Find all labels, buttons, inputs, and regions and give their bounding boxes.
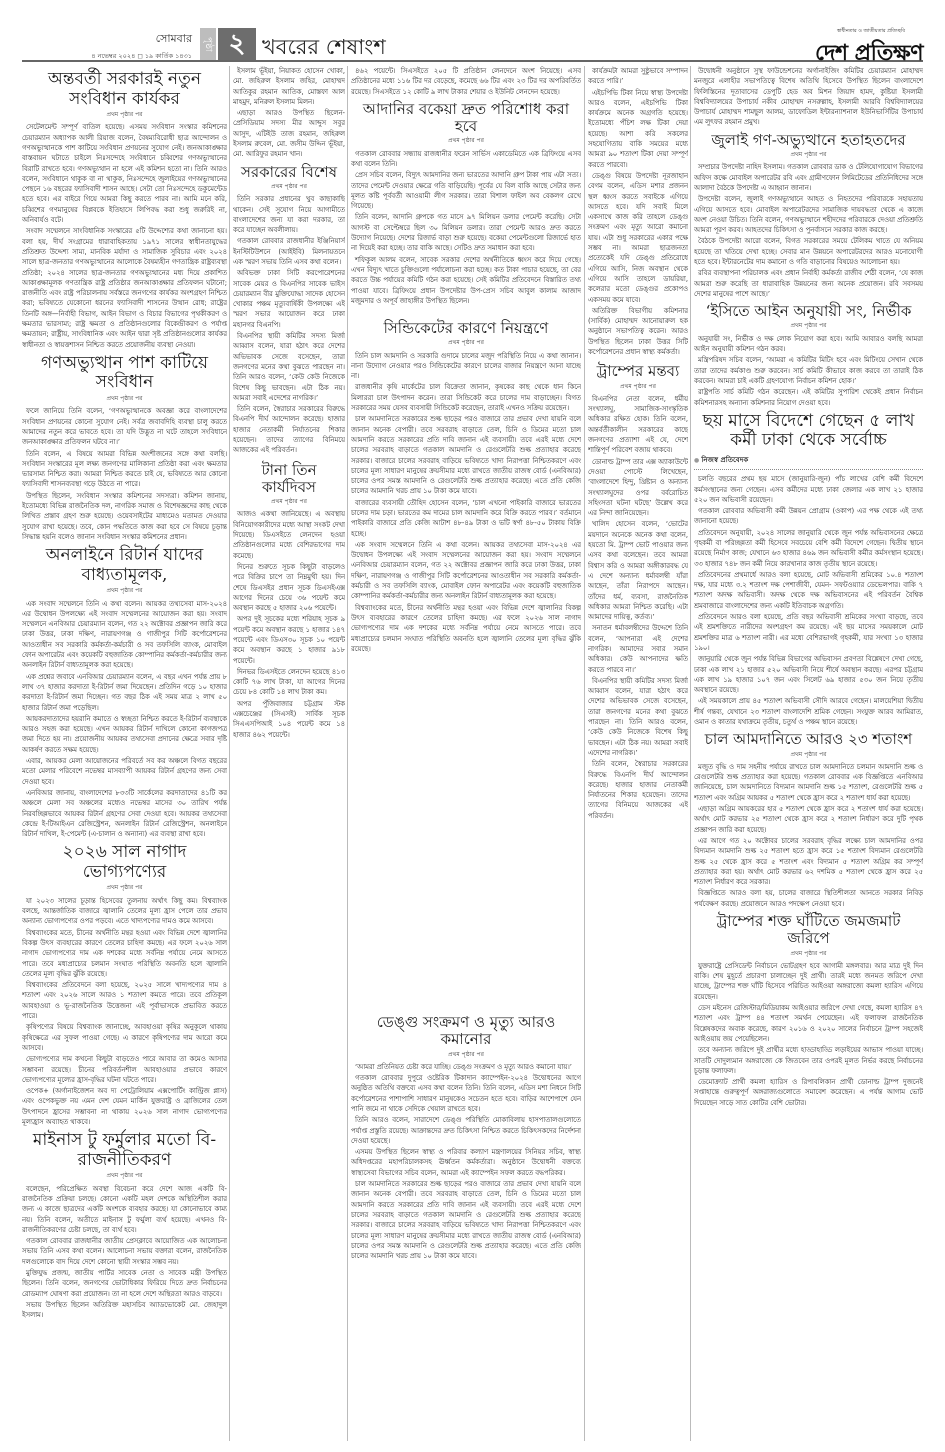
paragraph: তিনি বলেন, স্বৈরাচার সরকারের বিরুদ্ধে বি… bbox=[233, 404, 345, 455]
article-rice-import: চাল আমদানিতে আরও ২৩ শতাংশ প্রথম পৃষ্ঠার … bbox=[694, 731, 923, 909]
jump-line: প্রথম পৃষ্ঠার পর bbox=[588, 382, 688, 392]
headline: চাল আমদানিতে আরও ২৩ শতাংশ bbox=[694, 731, 923, 748]
paragraph: মুক্তিযুদ্ধ প্রজন্ম, জাতীয় পার্টির সাবে… bbox=[22, 1268, 227, 1299]
paragraph: এছাড়া অগ্রিম আয়করের হার ৫ শতাংশ থেকে হ… bbox=[694, 804, 923, 835]
article-ec-appointment: ‘ইসিতে আইন অনুযায়ী সং, নির্ভীক প্রথম পৃ… bbox=[694, 303, 923, 408]
paragraph: এনবিআর জানায়, বাংলাদেশের ৮৩৩টি সার্কেলে… bbox=[22, 788, 227, 839]
paragraph: বিশ্বব্যাংকের প্রতিবেদনে বলা হয়েছে, ২০২… bbox=[22, 980, 227, 1021]
article-trump-comment: ট্রাম্পের মন্তব্য প্রথম পৃষ্ঠার পর বিএনপ… bbox=[588, 363, 688, 821]
article-commodity-prices: ২০২৬ সাল নাগাদ ভোগ্যপণ্যের প্রথম পৃষ্ঠার… bbox=[22, 843, 227, 1127]
article-july-casualties: জুলাই গণ-অভ্যুত্থানে হতাহতদের প্রথম পৃষ্… bbox=[694, 132, 923, 299]
paragraph: প্রতিবেদনে অনুযায়ী, ২০২৪ সালের জানুয়ার… bbox=[694, 528, 923, 569]
paragraph: বিজ্ঞপ্তিতে আরও বলা হয়, চালের বাজারে স্… bbox=[694, 888, 923, 909]
tagline: স্বাধীনতার ও জাতীয়তার প্রতিচ্ছবি bbox=[815, 28, 905, 36]
article-online-return: অনলাইনে রিটার্ন যাদের বাধ্যতামূলক, প্রথম… bbox=[22, 546, 227, 839]
jump-line: প্রথম পৃষ্ঠার পর bbox=[351, 1050, 581, 1060]
paragraph: ইসলাম ভূঁইয়া, নিয়াকত হোসেন খোকা, মো. জ… bbox=[233, 66, 345, 107]
article-minus-two: মাইনাস টু ফর্মুলার মতো বি-রাজনীতিকরণ প্র… bbox=[22, 1131, 227, 1320]
article-sarkar-bishesh: সরকারের বিশেষ প্রথম পৃষ্ঠার পর তিনি সরকা… bbox=[233, 164, 345, 456]
column-5: কার্যক্রমটা আমরা সুষ্ঠুভাবে সম্পাদন করতে… bbox=[588, 66, 688, 1441]
paragraph: মজুত বৃদ্ধি ও দাম সহনীয় পর্যায়ে রাখতে … bbox=[694, 762, 923, 803]
paragraph: ডোনাল্ড ট্রাম্প তার এক্স অ্যাকাউন্টে দেও… bbox=[588, 457, 688, 519]
masthead: সোমবার ৪ নভেম্বর ২০২৪ ◻ ১৯ কার্তিক ১৪৩১ … bbox=[22, 28, 923, 62]
paragraph: বিএনপির নেতা বলেন, ধর্মীয় সংখ্যালঘু, সা… bbox=[588, 394, 688, 456]
headline: ২০২৬ সাল নাগাদ ভোগ্যপণ্যের bbox=[22, 843, 227, 882]
paragraph: বিএনপির স্থায়ী কমিটির সদস্য মির্জা আব্ব… bbox=[233, 331, 345, 403]
jump-line: প্রথম পৃষ্ঠার পর bbox=[22, 586, 227, 596]
paragraph: চলতি বছরের প্রথম ছয় মাসে (জানুয়ারি-জুন… bbox=[694, 474, 923, 505]
paragraph: তিনি সরকার প্রধানের খুব কাছাকাছি থাকেন। … bbox=[233, 194, 345, 235]
headline: ছয় মাসে বিদেশে গেছেন ৫ লাখ কর্মী ঢাকা থ… bbox=[694, 412, 923, 451]
article-syndicate: সিন্ডিকেটের কারণে নিয়ন্ত্রণে প্রথম পৃষ্… bbox=[351, 316, 581, 1006]
paragraph: তিনি বলেন, এ বিষয়ে আমরা বিভিন্ন অংশীজনে… bbox=[22, 449, 227, 490]
paragraph: প্রতিবেদনের প্রথমার্ধে আরও বলা হয়েছে, ম… bbox=[694, 570, 923, 611]
paragraph: ৪৬২ পয়েন্টে। সিএসইতে ২০৫ টি প্রতিষ্ঠান … bbox=[351, 66, 581, 97]
paragraph: এক প্রশ্নের জবাবে এনবিআর চেয়ারম্যান বলে… bbox=[22, 672, 227, 713]
jump-line: প্রথম পৃষ্ঠার পর bbox=[694, 949, 923, 959]
paragraph: বাজারের ব্যবসায়ী তৌহিদ হোসেন বলেন, ‘চাল… bbox=[351, 498, 581, 539]
paragraph: অপর পুঁজিবাজার চট্টগ্রাম স্টক এক্সচেঞ্জে… bbox=[233, 699, 345, 740]
headline: গণঅভ্যুত্থান পাশ কাটিয়ে সংবিধান bbox=[22, 354, 227, 393]
paragraph: চাল আমদানিতে সরকারের শুল্ক ছাড়ের পরও বা… bbox=[351, 414, 581, 496]
paragraph: সংবাদ সম্মেলনে সাংবিধানিক সংস্কারের ৫টি … bbox=[22, 226, 227, 350]
paragraph: তিনি আরও বলেন, সারাদেশে ডেঙ্গু পরিস্থিতি… bbox=[351, 1115, 581, 1146]
jump-line: প্রথম পৃষ্ঠার পর bbox=[22, 110, 227, 120]
headline: আদানির বকেয়া দ্রুত পরিশোধ করা হবে bbox=[351, 101, 581, 136]
paragraph: চাল আমদানিতে সরকারের শুল্ক ছাড়ের পরও বা… bbox=[351, 1179, 581, 1261]
paragraph: ডেমোক্র্যাট প্রার্থী কমলা হ্যারিস ও রিপা… bbox=[694, 1077, 923, 1108]
issue-date: ৪ নভেম্বর ২০২৪ ◻ ১৯ কার্তিক ১৪৩১ bbox=[82, 51, 192, 62]
paragraph: সেটেলমেন্ট সম্পূর্ণ বাতিল হয়েছে। এসময় … bbox=[22, 122, 227, 225]
paragraph: এছাড়া আরও উপস্থিত ছিলেন- প্রেসিডিয়াম স… bbox=[233, 108, 345, 159]
article-constitution: অন্তবর্তী সরকারই নতুন সংবিধান কার্যকর প্… bbox=[22, 70, 227, 350]
paragraph: অতিরিক্ত বিভাগীয় কমিশনার (সার্বিক) মোহা… bbox=[588, 306, 688, 357]
jump-line: প্রথম পৃষ্ঠার পর bbox=[22, 394, 227, 404]
column-divider bbox=[584, 66, 585, 1441]
article-adani: ৪৬২ পয়েন্টে। সিএসইতে ২০৫ টি প্রতিষ্ঠান … bbox=[351, 66, 581, 314]
column-divider bbox=[229, 66, 230, 1441]
paragraph: আজও একথা জানিয়েছে। এ অবস্থায় বিনিয়োগক… bbox=[233, 509, 345, 560]
article-dengue: ডেঙ্গু সংক্রমণ ও মৃত্যু আরও কমানোর প্রথম… bbox=[351, 1010, 581, 1440]
date-block: সোমবার ৪ নভেম্বর ২০২৪ ◻ ১৯ কার্তিক ১৪৩১ bbox=[82, 30, 192, 62]
section-title: খবরের শেষাংশ bbox=[262, 31, 386, 66]
paragraph: ডেঙ্গু বিষয়ে উপদেষ্টা নূরজাহান বেগম বলে… bbox=[588, 171, 688, 305]
paragraph: যুক্তরাষ্ট্রে প্রেসিডেন্ট নির্বাচনে ভোটগ… bbox=[694, 961, 923, 1002]
paragraph: রাজধানীর কৃষি মার্কেটের চাল বিক্রেতা জান… bbox=[351, 382, 581, 413]
newspaper-page: সোমবার ৪ নভেম্বর ২০২৪ ◻ ১৯ কার্তিক ১৪৩১ … bbox=[0, 0, 945, 1452]
paragraph: প্রেস সচিব বলেন, বিদ্যুৎ আমদানির জন্য ভা… bbox=[351, 170, 581, 211]
paragraph: তবে অন্যান্য জরিপে দুই প্রার্থীর মধ্যে হ… bbox=[694, 1045, 923, 1076]
paragraph: এর আগে গত ২০ অক্টোবর চালের সরবরাহ বৃদ্ধি… bbox=[694, 836, 923, 887]
paragraph: সম্প্রচার উপদেষ্টা নাহিদ ইসলাম। গতকাল রো… bbox=[694, 162, 923, 193]
paragraph: মন্ত্রিপরিষদ সচিব বলেন, ‘আমরা এ কমিটির ম… bbox=[694, 355, 923, 386]
column-1: অন্তবর্তী সরকারই নতুন সংবিধান কার্যকর প্… bbox=[22, 66, 227, 1441]
paragraph: রবির ব্যবস্থাপনা পরিচালক এবং প্রধান নির্… bbox=[694, 268, 923, 299]
jump-line: প্রথম পৃষ্ঠার পর bbox=[233, 182, 345, 192]
paragraph: বিএনপির স্থায়ী কমিটির সদস্য মির্জা আব্ব… bbox=[588, 676, 688, 758]
jump-line: প্রথম পৃষ্ঠার পর bbox=[351, 136, 581, 146]
paragraph: এই সময়কালে প্রায় ৪৫ শতাংশ অভিবাসী সৌদি… bbox=[694, 696, 923, 727]
byline: নিজস্ব প্রতিবেদক bbox=[694, 455, 923, 470]
article-trump-poll: ট্রাম্পের শক্ত ঘাঁটিতে জমজমাট জরিপে প্রথ… bbox=[694, 913, 923, 1108]
paragraph: কার্যক্রমটা আমরা সুষ্ঠুভাবে সম্পাদন করতে… bbox=[588, 66, 688, 87]
article-attendees: ইসলাম ভূঁইয়া, নিয়াকত হোসেন খোকা, মো. জ… bbox=[233, 66, 345, 160]
newspaper-logo: দেশ প্রতিক্ষণ bbox=[815, 40, 923, 66]
article-tana-tin: টানা তিন কার্যদিবস প্রথম পৃষ্ঠার পর আজও … bbox=[233, 462, 345, 740]
paragraph: এবার, আয়কর মেলা আয়োজনের পরিবর্তে সব কর… bbox=[22, 756, 227, 787]
paragraph: বৈঠকে উপদেষ্টা আরো বলেন, বিগত সরকারের সম… bbox=[694, 236, 923, 267]
paragraph: প্রতিবেদনে আরও বলা হয়েছে, প্রতি বছর অভি… bbox=[694, 612, 923, 653]
paragraph: উপস্থিত ছিলেন, সংবিধান সংস্কার কমিশনের স… bbox=[22, 491, 227, 542]
paragraph: তিনি চাল আমদানি ও সরকারি গুদামে চালের মজ… bbox=[351, 351, 581, 382]
paragraph: দিনভর ডিএসইতে লেনদেন হয়েছে ৪১৩ কোটি ৭৬ … bbox=[233, 667, 345, 698]
paragraph: তিনি বলেন, স্বৈরাচার সরকারের বিরুদ্ধে বি… bbox=[588, 759, 688, 821]
paragraph: এসময় উপস্থিত ছিলেন স্বাস্থ্য ও পরিবার ক… bbox=[351, 1147, 581, 1178]
headline: ‘ইসিতে আইন অনুযায়ী সং, নির্ভীক bbox=[694, 303, 923, 320]
weekday: সোমবার bbox=[82, 30, 192, 49]
paragraph: বলেছেন, পরিপ্রেক্ষিত অবস্থা বিবেচনা করে … bbox=[22, 1184, 227, 1235]
paragraph: রাষ্ট্রপতি সার্চ কমিটি গঠন করেছেন। এই কম… bbox=[694, 387, 923, 408]
paragraph: সভায় উপস্থিত ছিলেন অতিরিক্ত মহাসচিব অ্য… bbox=[22, 1300, 227, 1321]
paragraph: এক সংবাদ সম্মেলনে তিনি এ কথা বলেন। আয়কর… bbox=[22, 599, 227, 671]
paragraph: এইচপিভি টিকা নিয়ে স্বাস্থ্য উপদেষ্টা আর… bbox=[588, 88, 688, 170]
paragraph: উদ্বোধনী অনুষ্ঠানে সুস্থ ফাউন্ডেশনের অর্… bbox=[694, 66, 923, 128]
paragraph: অনুযায়ী সং, নির্ভীক ও দক্ষ লোক নিয়োগ ক… bbox=[694, 334, 923, 355]
paragraph: গতকাল রোববার দুপুরে ওষ্টেরিক টিকাদান ক্য… bbox=[351, 1073, 581, 1114]
jump-line: প্রথম পৃষ্ঠার পর bbox=[694, 321, 923, 331]
headline: ডেঙ্গু সংক্রমণ ও মৃত্যু আরও কমানোর bbox=[351, 1014, 581, 1049]
article-migrant-workers: ছয় মাসে বিদেশে গেছেন ৫ লাখ কর্মী ঢাকা থ… bbox=[694, 412, 923, 728]
column-2: ইসলাম ভূঁইয়া, নিয়াকত হোসেন খোকা, মো. জ… bbox=[233, 66, 345, 1441]
headline: সিন্ডিকেটের কারণে নিয়ন্ত্রণে bbox=[351, 320, 581, 337]
headline: ট্রাম্পের শক্ত ঘাঁটিতে জমজমাট জরিপে bbox=[694, 913, 923, 948]
paragraph: তিনি বলেন, আদানি গ্রুপকে গত মাসে ৯৭ মিলি… bbox=[351, 212, 581, 253]
jump-line: প্রথম পৃষ্ঠার পর bbox=[22, 1171, 227, 1181]
jump-line: প্রথম পৃষ্ঠার পর bbox=[694, 150, 923, 160]
paragraph: এক সংবাদ সম্মেলনে তিনি এ কথা বলেন। আয়কর… bbox=[351, 540, 581, 602]
paragraph: ডেস মইনেস রেজিস্টার/মিডিয়াকম আইওয়ার জর… bbox=[694, 1003, 923, 1044]
column-6: উদ্বোধনী অনুষ্ঠানে সুস্থ ফাউন্ডেশনের অর্… bbox=[694, 66, 923, 1441]
paragraph: ফলে জানিয়ে তিনি বলেন, ‘গণঅভ্যুত্থানকে অ… bbox=[22, 406, 227, 447]
paragraph: খালিদ হোসেন বলেন, ‘ভোটের ময়দানে অনেকে অ… bbox=[588, 519, 688, 622]
paragraph: কৃষিপণ্যের বিষয়ে বিশ্বব্যাংক জানাচ্ছে, … bbox=[22, 1022, 227, 1053]
article-health-advisor: কার্যক্রমটা আমরা সুষ্ঠুভাবে সম্পাদন করতে… bbox=[588, 66, 688, 357]
headline: মাইনাস টু ফর্মুলার মতো বি-রাজনীতিকরণ bbox=[22, 1131, 227, 1170]
page-number: ২ bbox=[218, 28, 256, 60]
paragraph: ওপেক+ (অর্গানাইজেশন অব দ্য পেট্রোলিয়াম … bbox=[22, 1086, 227, 1127]
paragraph: গতকাল রোববার অভিবাসী কর্মী উন্নয়ন প্রোগ… bbox=[694, 506, 923, 527]
column-divider bbox=[690, 66, 691, 1441]
paragraph: বিশ্বব্যাংকের মতে, চীনের অর্থনীতি মন্থর … bbox=[22, 928, 227, 979]
headline: জুলাই গণ-অভ্যুত্থানে হতাহতদের bbox=[694, 132, 923, 149]
paragraph: অবিভক্ত ঢাকা সিটি করপোরেশনের সাবেক মেয়র… bbox=[233, 268, 345, 330]
paragraph: সনাতন ধর্মাবলম্বীদের উদ্দেশে তিনি বলেন, … bbox=[588, 623, 688, 674]
paragraph: অপর দুই সূচকের মধ্যে শরিয়াহ সূচক ৯ পয়ে… bbox=[233, 614, 345, 665]
jump-line: প্রথম পৃষ্ঠার পর bbox=[233, 497, 345, 507]
column-divider bbox=[347, 66, 348, 1441]
paragraph: শফিকুল আলম বলেন, সাবেক সরকার দেশের অর্থন… bbox=[351, 255, 581, 306]
jump-line: প্রথম পৃষ্ঠার পর bbox=[694, 750, 923, 760]
headline: সরকারের বিশেষ bbox=[233, 164, 345, 181]
paragraph: আয়করদাতাদের হয়রানি কমাতে ও স্বচ্ছতা নি… bbox=[22, 714, 227, 755]
headline: অনলাইনে রিটার্ন যাদের বাধ্যতামূলক, bbox=[22, 546, 227, 585]
article-ganobhyuthan: গণঅভ্যুত্থান পাশ কাটিয়ে সংবিধান প্রথম প… bbox=[22, 354, 227, 542]
paragraph: যা ২০২৩ সালের চূড়ান্ত হিসেবের তুলনায় অ… bbox=[22, 896, 227, 927]
article-opening-ceremony: উদ্বোধনী অনুষ্ঠানে সুস্থ ফাউন্ডেশনের অর্… bbox=[694, 66, 923, 128]
headline: অন্তবর্তী সরকারই নতুন সংবিধান কার্যকর bbox=[22, 70, 227, 109]
paragraph: গতকাল রোববার রাজধানীর জাতীয় প্রেসক্লাবে… bbox=[22, 1236, 227, 1267]
jump-line: প্রথম পৃষ্ঠার পর bbox=[351, 338, 581, 348]
paragraph: গতকাল রোববার সন্ধ্যায় রাজধানীর ফরেন সার… bbox=[351, 149, 581, 170]
headline: ট্রাম্পের মন্তব্য bbox=[588, 363, 688, 380]
paragraph: জানুয়ারি থেকে জুন পর্যন্ত বিভিন্ন বিভাগ… bbox=[694, 654, 923, 695]
jump-line: প্রথম পৃষ্ঠার পর bbox=[22, 883, 227, 893]
paragraph: ভোগ্যপণ্যের দাম কখনো কিছুটা বাড়তেও পারে… bbox=[22, 1054, 227, 1085]
paragraph: ‘আমরা প্রতিনিয়ত চেষ্টা করে যাচ্ছি। ডেঙ্… bbox=[351, 1062, 581, 1072]
paragraph: দিনের শুরুতে সূচক কিছুটা বাড়লেও পরে বিক… bbox=[233, 562, 345, 613]
paragraph: গতকাল রোববার রাজধানীর ইঞ্জিনিয়ার্স ইনস্… bbox=[233, 236, 345, 267]
headline: টানা তিন কার্যদিবস bbox=[233, 462, 345, 497]
paragraph: বিশ্বব্যাংকের মতে, চীনের অর্থনীতি মন্থর … bbox=[351, 603, 581, 654]
paragraph: উপদেষ্টা বলেন, জুলাই গণঅভ্যুত্থানে আহত ও… bbox=[694, 194, 923, 235]
page-label: পৃষ্ঠা bbox=[200, 28, 216, 60]
